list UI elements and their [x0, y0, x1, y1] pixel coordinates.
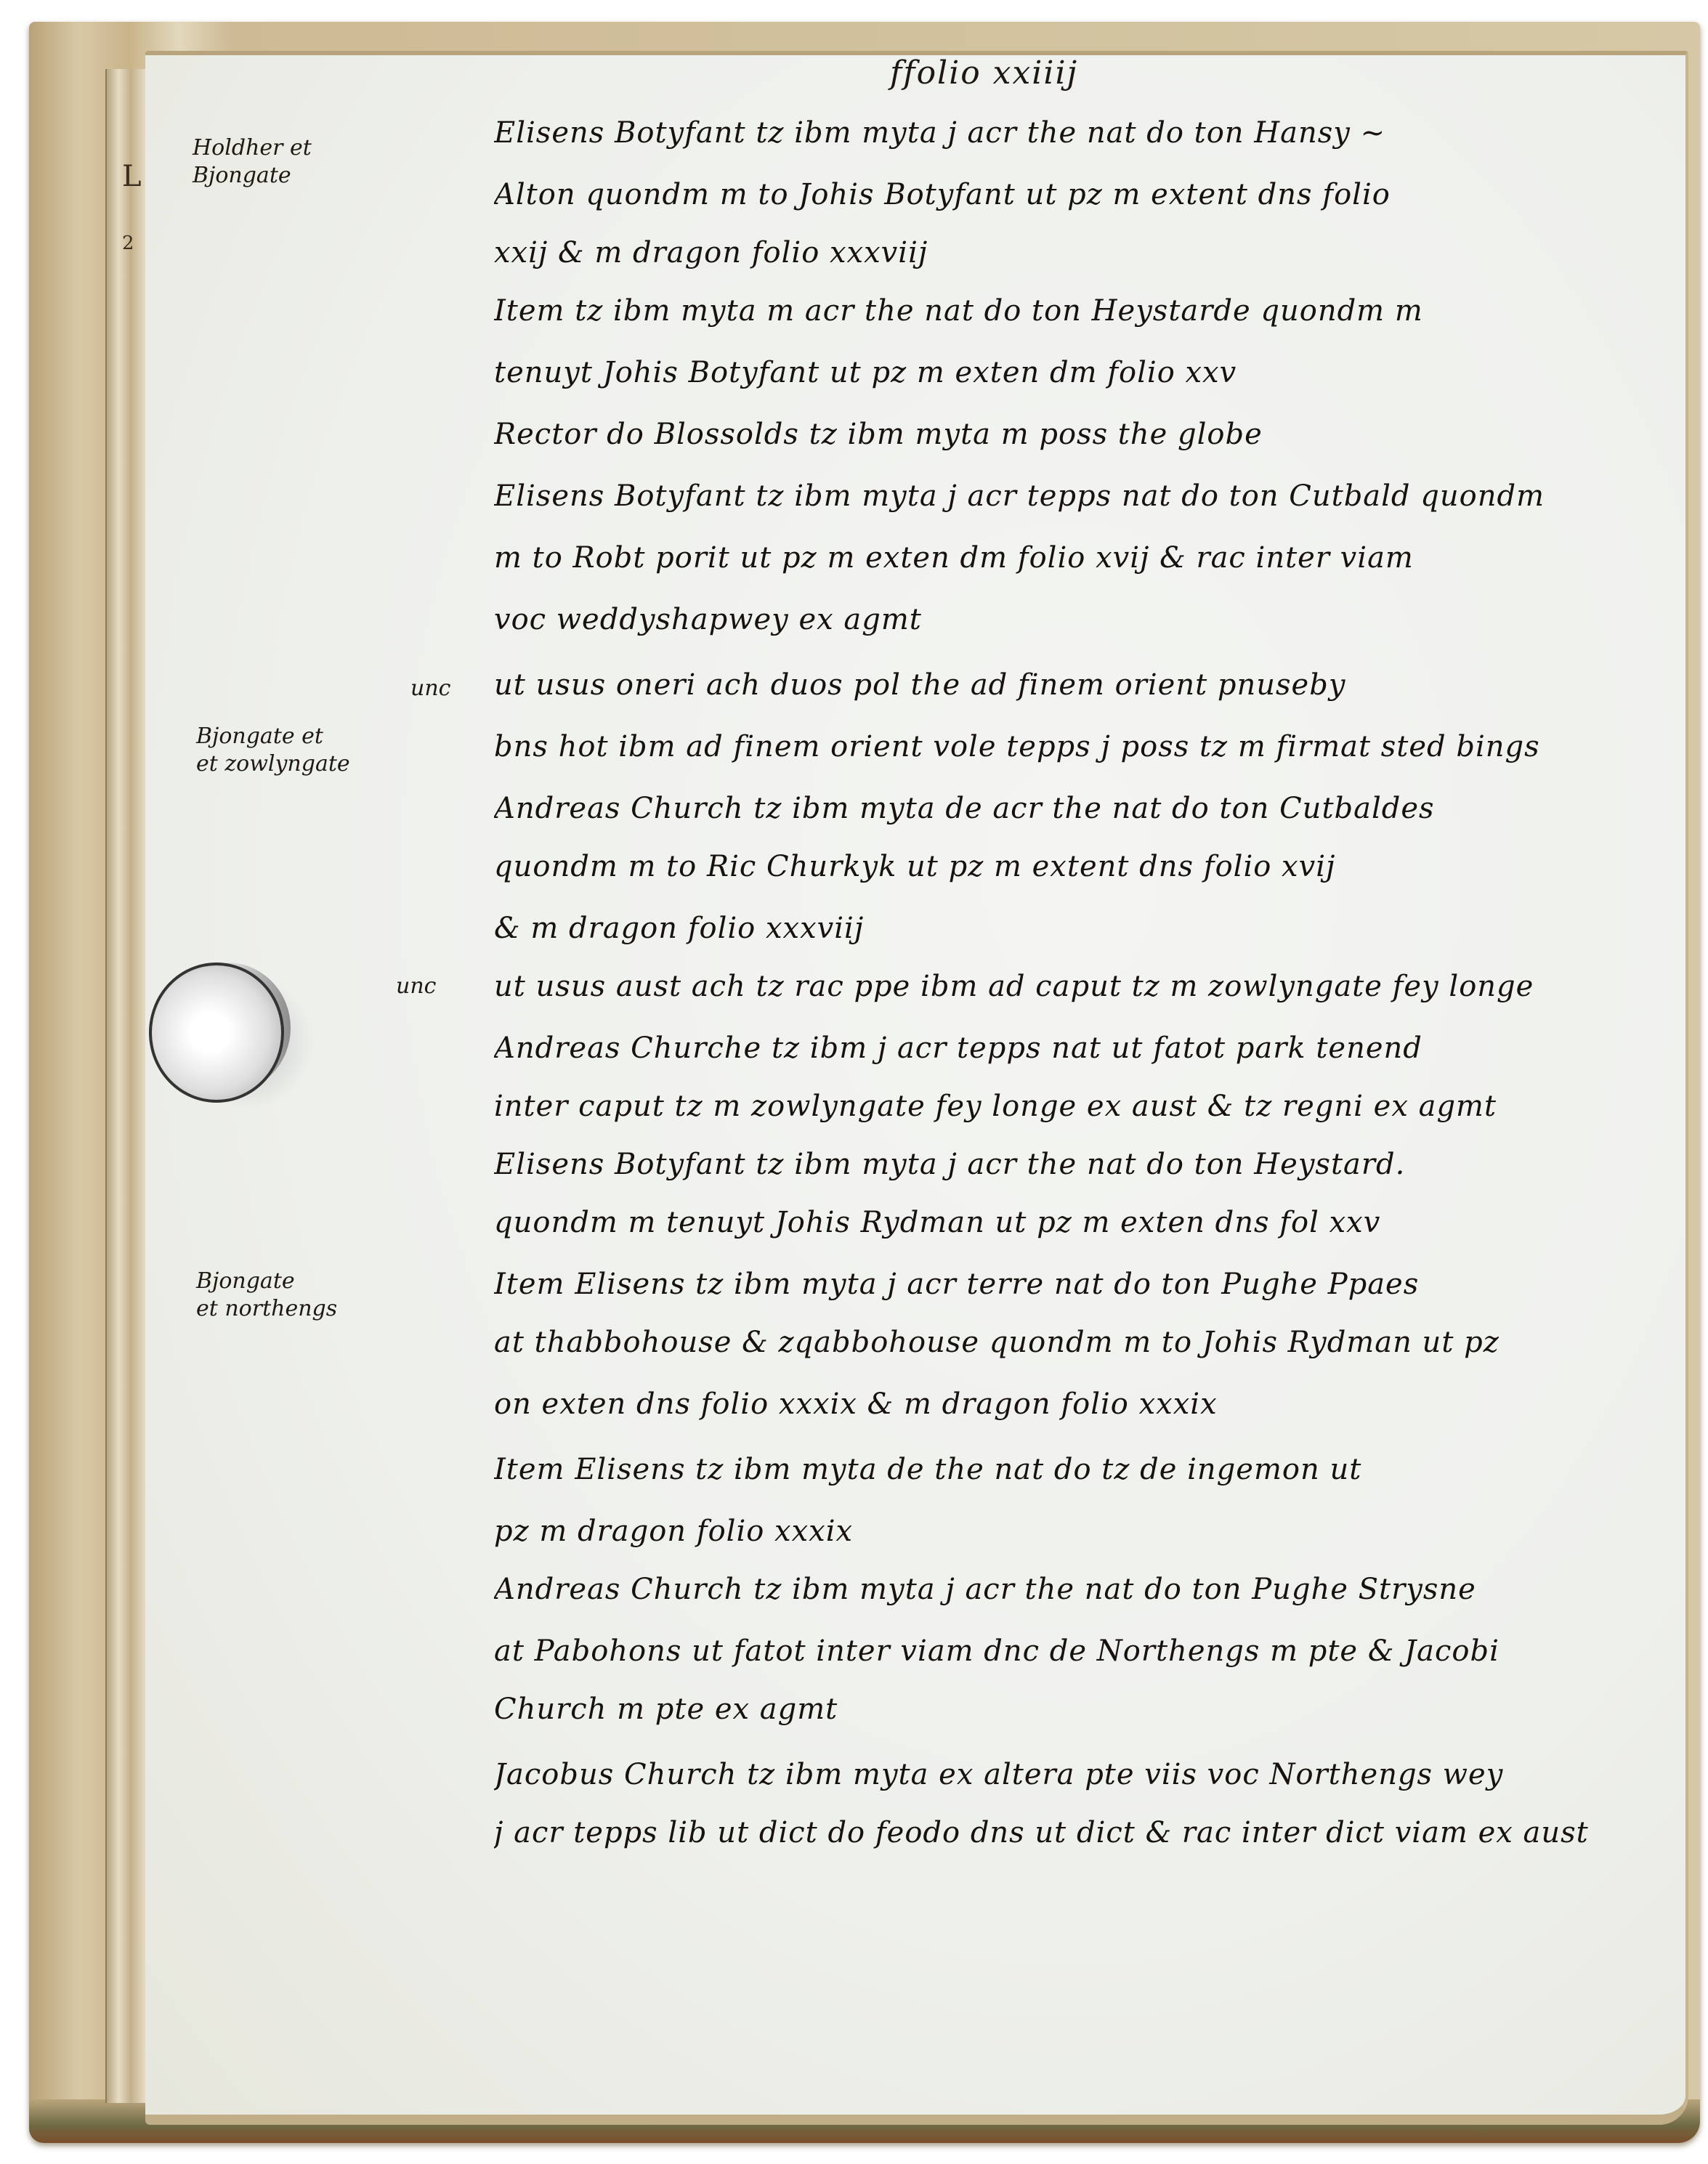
text-line: Rector do Blossolds tz ibm myta m poss t… [494, 418, 1671, 451]
text-line: Item Elisens tz ibm myta j acr terre nat… [494, 1268, 1671, 1301]
margin-note-line: Bjongate et [196, 723, 414, 750]
text-line: Jacobus Church tz ibm myta ex altera pte… [494, 1758, 1671, 1791]
margin-note-line: Bjongate [193, 162, 410, 190]
margin-note: Bjongate et et zowlyngate [196, 723, 414, 778]
text-line: bns hot ibm ad finem orient vole tepps j… [494, 730, 1671, 763]
folio-heading: ffolio xxiiij [890, 54, 1078, 92]
text-line: at thabbohouse & zqabbohouse quondm m to… [494, 1326, 1671, 1359]
margin-mark: unc [410, 676, 450, 701]
text-line: xxij & m dragon folio xxxviij [494, 236, 1671, 270]
text-line: j acr tepps lib ut dict do feodo dns ut … [494, 1816, 1671, 1849]
text-line: ut usus aust ach tz rac ppe ibm ad caput… [494, 970, 1671, 1003]
text-line: Item tz ibm myta m acr the nat do ton He… [494, 294, 1671, 328]
spine-mark: L [122, 160, 142, 193]
weight-face [149, 963, 284, 1103]
text-line: Andreas Church tz ibm myta j acr the nat… [494, 1573, 1671, 1606]
text-line: Alton quondm m to Johis Botyfant ut pz m… [494, 178, 1671, 211]
metal-weight [149, 963, 287, 1101]
text-line: Elisens Botyfant tz ibm myta j acr the n… [494, 116, 1671, 150]
text-line: m to Robt porit ut pz m exten dm folio x… [494, 541, 1671, 575]
text-line: Elisens Botyfant tz ibm myta j acr tepps… [494, 479, 1671, 513]
spine-fold [105, 69, 148, 2103]
margin-note: Bjongate et northengs [196, 1268, 414, 1323]
margin-mark: unc [396, 973, 436, 999]
text-line: & m dragon folio xxxviij [494, 912, 1671, 945]
text-line: at Pabohons ut fatot inter viam dnc de N… [494, 1634, 1671, 1668]
text-line: Elisens Botyfant tz ibm myta j acr the n… [494, 1148, 1671, 1181]
text-line: Andreas Churche tz ibm j acr tepps nat u… [494, 1032, 1671, 1065]
text-line: voc weddyshapwey ex agmt [494, 603, 1671, 636]
text-line: quondm m to Ric Churkyk ut pz m extent d… [494, 850, 1671, 883]
text-line: Item Elisens tz ibm myta de the nat do t… [494, 1453, 1671, 1486]
text-line: tenuyt Johis Botyfant ut pz m exten dm f… [494, 356, 1671, 389]
spine-mark: 2 [122, 232, 134, 254]
margin-note-line: Bjongate [196, 1268, 414, 1295]
margin-note: Holdher et Bjongate [193, 134, 410, 190]
text-line: Church m pte ex agmt [494, 1693, 1671, 1726]
margin-note-line: et northengs [196, 1295, 414, 1323]
text-line: on exten dns folio xxxix & m dragon foli… [494, 1387, 1671, 1421]
text-line: inter caput tz m zowlyngate fey longe ex… [494, 1090, 1671, 1123]
text-line: Andreas Church tz ibm myta de acr the na… [494, 792, 1671, 825]
margin-note-line: et zowlyngate [196, 750, 414, 778]
margin-note-line: Holdher et [193, 134, 410, 162]
text-line: ut usus oneri ach duos pol the ad finem … [494, 668, 1671, 702]
text-line: pz m dragon folio xxxix [494, 1515, 1671, 1548]
text-line: quondm m tenuyt Johis Rydman ut pz m ext… [494, 1206, 1671, 1239]
